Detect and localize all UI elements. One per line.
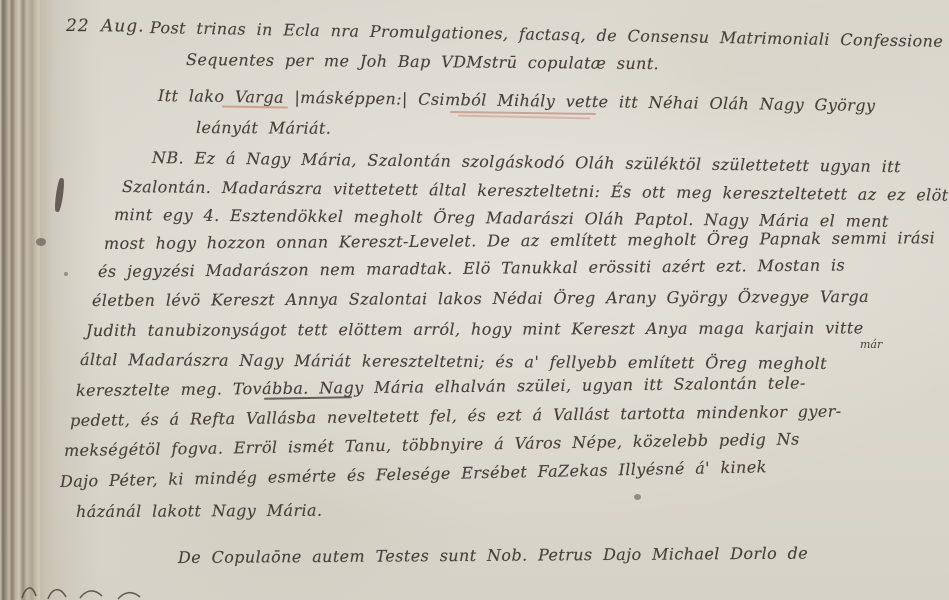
manuscript-line: Itt lako Varga |másképpen:| Csimból Mihá… (158, 86, 876, 115)
manuscript-line: leányát Máriát. (196, 118, 331, 138)
ink-blot (634, 494, 641, 500)
next-line-fragment (14, 578, 214, 600)
manuscript-line: és jegyzési Madarászon nem maradtak. Elö… (98, 255, 845, 281)
manuscript-line: most hogy hozzon onnan Kereszt-Levelet. … (104, 228, 935, 253)
red-underline-varga (222, 105, 288, 108)
manuscript-line: Sequentes per me Joh Bap VDMstrū copulat… (186, 50, 659, 73)
manuscript-line: Judith tanubizonyságot tett elöttem arró… (86, 318, 864, 340)
ink-underline-tovabba (264, 396, 352, 400)
manuscript-line: keresztelte meg. Továbba. Nagy Mária elh… (76, 373, 806, 400)
manuscript-line: Dajo Péter, ki mindég esmérte és Feleség… (60, 457, 767, 491)
entry-date: 22 Aug. (66, 16, 145, 37)
manuscript-line: De Copulaōne autem Testes sunt Nob. Petr… (178, 544, 808, 567)
ink-blot (36, 238, 46, 246)
superscript-insertion: már (860, 338, 882, 351)
manuscript-line: által Madarászra Nagy Máriát keresztelte… (80, 350, 827, 373)
manuscript-line: NB. Ez á Nagy Mária, Szalontán szolgásko… (152, 148, 901, 176)
red-underline-csimbol-mihaly (458, 115, 590, 120)
manuscript-line: mint egy 4. Esztendökkel megholt Öreg Ma… (114, 205, 889, 231)
manuscript-line: Szalontán. Madarászra vitettetett által … (122, 177, 949, 205)
manuscript-line: mekségétöl fogva. Erröl ismét Tanu, több… (64, 429, 800, 460)
ink-blot (64, 272, 68, 276)
manuscript-line: pedett, és á Refta Vallásba neveltetett … (70, 402, 842, 430)
manuscript-line: Post trinas in Ecla nra Promulgationes, … (150, 18, 949, 51)
manuscript-line: házánál lakott Nagy Mária. (76, 501, 323, 521)
manuscript-page: 22 Aug. Post trinas in Ecla nra Promulga… (0, 0, 949, 600)
manuscript-line: életben lévö Kereszt Annya Szalontai lak… (92, 287, 869, 310)
